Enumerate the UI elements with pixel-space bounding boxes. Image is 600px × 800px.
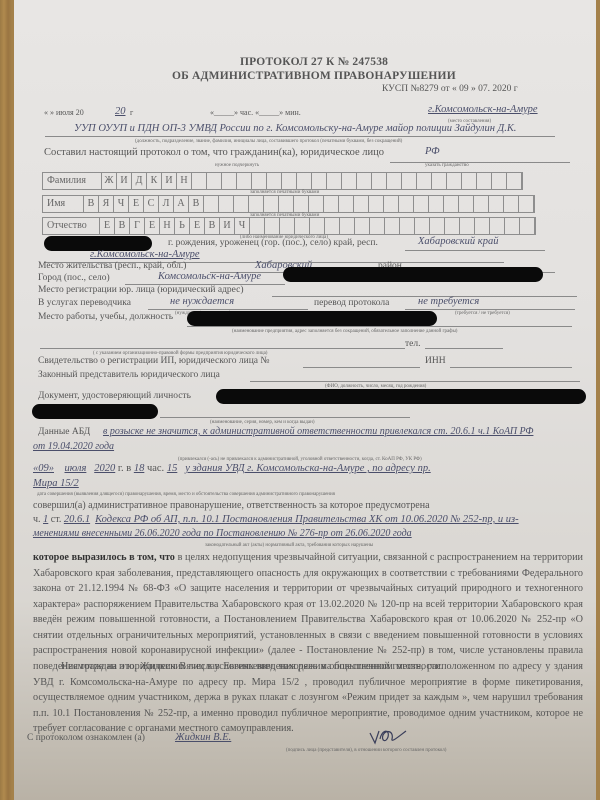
- letter-cell: [414, 196, 429, 212]
- acknowledgement-value: Жидкин В.Е.: [175, 732, 231, 743]
- translator-label: В услугах переводчика: [38, 298, 131, 308]
- work-label: Место работы, учебы, должность: [38, 312, 173, 322]
- birth-city: г.Комсомольск-на-Амуре: [90, 249, 200, 260]
- liability-caption: законодательный акт (акты) нормативный а…: [205, 543, 373, 548]
- letter-cell: [474, 196, 489, 212]
- residence-city: Комсомольск-на-Амуре: [158, 271, 261, 282]
- document-label: Документ, удостоверяющий личность: [38, 391, 191, 401]
- liability-articles: ч. 1 ст. 20.6.1 Кодекса РФ об АП, п.п. 1…: [33, 514, 519, 525]
- letter-cell: В: [189, 196, 204, 212]
- narrative-paragraph-2: Несмотря на это, Жидкин Вячеслав Евгенье…: [33, 659, 583, 737]
- letter-cell: [252, 173, 267, 189]
- letter-cell: С: [144, 196, 159, 212]
- date-prefix: « » июля 20: [44, 108, 84, 117]
- letter-cell: [249, 196, 264, 212]
- letter-cell: Е: [145, 218, 160, 234]
- letter-cell: [429, 196, 444, 212]
- composed-caption-left: нужное подчеркнуть: [215, 163, 259, 168]
- offense-place-2: Мира 15/2: [33, 478, 79, 489]
- letter-cell: Ч: [235, 218, 250, 234]
- liability-text: совершил(а) административное правонаруше…: [33, 500, 430, 511]
- letter-cell: Г: [130, 218, 145, 234]
- redacted-document-2: [32, 404, 158, 419]
- abd-label: Данные АБД: [38, 427, 90, 437]
- letter-cell: [222, 173, 237, 189]
- document-caption: (наименование, серия, номер, кем и когда…: [210, 420, 315, 425]
- letter-cell: [310, 218, 325, 234]
- letter-cell: И: [117, 173, 132, 189]
- work-caption: (наименование предприятия, адрес заполня…: [232, 329, 457, 334]
- letter-cell: [234, 196, 249, 212]
- liability-code: Кодекса РФ об АП, п.п. 10.1 Постановлени…: [95, 514, 519, 525]
- letter-cell: [459, 196, 474, 212]
- year-value: 20: [115, 106, 126, 117]
- translation-caption: (требуется / не требуется): [455, 311, 510, 316]
- redacted-workplace: [187, 311, 437, 326]
- letter-cell: [324, 196, 339, 212]
- letter-cell: [475, 218, 490, 234]
- letter-cell: [520, 218, 535, 234]
- patronymic-grid: Отчество ЕВГЕНЬЕВИЧ: [42, 217, 536, 235]
- time-field: «_____» час. «_____» мин.: [210, 108, 301, 117]
- letter-cell: [339, 196, 354, 212]
- letter-cell: [207, 173, 222, 189]
- surname-label: Фамилия: [43, 173, 102, 189]
- officer-caption: (должность, подразделение, звание, фамил…: [135, 139, 402, 144]
- letter-cell: [370, 218, 385, 234]
- letter-cell: [492, 173, 507, 189]
- liability-part: 1: [43, 514, 48, 525]
- letter-cell: [387, 173, 402, 189]
- city-label: Город (пос., село): [38, 273, 110, 283]
- officer-value: УУП ОУУП и ПДН ОП-3 УМВД России по г. Ко…: [74, 123, 516, 134]
- letter-cell: [447, 173, 462, 189]
- offense-hour: 18: [134, 463, 145, 474]
- letter-cell: В: [84, 196, 99, 212]
- protocol-subtitle: ОБ АДМИНИСТРАТИВНОМ ПРАВОНАРУШЕНИИ: [172, 70, 456, 82]
- letter-cell: И: [162, 173, 177, 189]
- translation-label: перевод протокола: [314, 298, 389, 308]
- letter-cell: [267, 173, 282, 189]
- representative-label: Законный представитель юридического лица: [38, 370, 220, 380]
- letter-cell: [384, 196, 399, 212]
- patronymic-label: Отчество: [43, 218, 100, 234]
- birth-region: Хабаровский край: [418, 236, 498, 247]
- letter-cell: Л: [159, 196, 174, 212]
- letter-cell: [325, 218, 340, 234]
- protocol-title: ПРОТОКОЛ 27 К № 247538: [240, 56, 388, 68]
- narrative-text-1: в целях недопущения чрезвычайной ситуаци…: [33, 552, 583, 672]
- offense-caption: дата совершения (выявления длящегося) пр…: [37, 492, 335, 497]
- offense-year: 2020: [94, 463, 115, 474]
- letter-cell: [432, 173, 447, 189]
- letter-cell: [357, 173, 372, 189]
- letter-cell: Е: [190, 218, 205, 234]
- letter-cell: [280, 218, 295, 234]
- offense-datetime: «09» июля 2020 г. в 18 час. 15 у здания …: [33, 463, 431, 474]
- letter-cell: [282, 173, 297, 189]
- letter-cell: [489, 196, 504, 212]
- letter-cell: Ь: [175, 218, 190, 234]
- acknowledgement-label: С протоколом ознакомлен (а): [27, 733, 145, 743]
- registration-label: Свидетельство о регистрации ИП, юридичес…: [38, 356, 269, 366]
- letter-cell: [369, 196, 384, 212]
- letter-cell: [354, 196, 369, 212]
- offense-minute: 15: [167, 463, 178, 474]
- birth-label: г. рождения, уроженец (гор. (пос.), село…: [168, 238, 378, 248]
- letter-cell: [279, 196, 294, 212]
- place-of-compilation: г.Комсомольск-на-Амуре: [428, 104, 538, 115]
- signature-caption: (подпись лица (представителя), в отношен…: [286, 748, 446, 753]
- letter-cell: [204, 196, 219, 212]
- inn-label: ИНН: [425, 356, 446, 366]
- letter-cell: [400, 218, 415, 234]
- letter-cell: [340, 218, 355, 234]
- redacted-address: [283, 267, 543, 282]
- legal-address-label: Место регистрации юр. лица (юридический …: [38, 285, 244, 295]
- letter-cell: [462, 173, 477, 189]
- offense-month: июля: [65, 463, 87, 474]
- letter-cell: [490, 218, 505, 234]
- narrative-paragraph-1: которое выразилось в том, что в целях не…: [33, 550, 583, 674]
- letter-cell: [415, 218, 430, 234]
- letter-cell: [385, 218, 400, 234]
- letter-cell: [355, 218, 370, 234]
- offense-place: у здания УВД г. Комсомольска-на-Амуре , …: [185, 463, 431, 474]
- letter-cell: [297, 173, 312, 189]
- name-grid: Имя ВЯЧЕСЛАВ: [42, 195, 535, 213]
- translation-value: не требуется: [418, 296, 479, 307]
- name-label: Имя: [43, 196, 84, 212]
- abd-value: в розыске не значится, к административно…: [103, 426, 533, 437]
- letter-cell: [430, 218, 445, 234]
- letter-cell: А: [174, 196, 189, 212]
- year-end: г: [130, 108, 133, 117]
- letter-cell: [295, 218, 310, 234]
- letter-cell: [445, 218, 460, 234]
- letter-cell: В: [205, 218, 220, 234]
- letter-cell: [237, 173, 252, 189]
- letter-cell: Н: [177, 173, 192, 189]
- composed-caption-right: указать гражданство: [425, 163, 469, 168]
- letter-cell: [417, 173, 432, 189]
- letter-cell: И: [220, 218, 235, 234]
- residence-label: Место жительства (респ., край, обл.): [38, 261, 186, 271]
- narrative-lead: которое выразилось в том, что: [33, 552, 175, 563]
- letter-cell: Е: [129, 196, 144, 212]
- letter-cell: [265, 218, 280, 234]
- abd-caption: (привлекался (-ась) не привлекался к адм…: [178, 457, 422, 462]
- letter-cell: [399, 196, 414, 212]
- letter-cell: [444, 196, 459, 212]
- letter-cell: [312, 173, 327, 189]
- redacted-document: [216, 389, 586, 404]
- surname-grid: Фамилия ЖИДКИН: [42, 172, 523, 190]
- letter-cell: [507, 173, 522, 189]
- letter-cell: [477, 173, 492, 189]
- letter-cell: Ч: [114, 196, 129, 212]
- letter-cell: [504, 196, 519, 212]
- composed-text: Составил настоящий протокол о том, что г…: [44, 147, 384, 158]
- liability-article: 20.6.1: [64, 514, 90, 525]
- letter-cell: Н: [160, 218, 175, 234]
- letter-cell: [342, 173, 357, 189]
- letter-cell: [309, 196, 324, 212]
- letter-cell: [372, 173, 387, 189]
- letter-cell: [327, 173, 342, 189]
- letter-cell: [460, 218, 475, 234]
- letter-cell: В: [115, 218, 130, 234]
- letter-cell: [219, 196, 234, 212]
- citizenship-value: РФ: [425, 146, 440, 157]
- letter-cell: [264, 196, 279, 212]
- letter-cell: [519, 196, 534, 212]
- letter-cell: [250, 218, 265, 234]
- abd-value-2: от 19.04.2020 года: [33, 441, 114, 452]
- liability-code-2: менениями внесенными 26.06.2020 года по …: [33, 528, 412, 539]
- translator-value: не нуждается: [170, 296, 234, 307]
- letter-cell: Я: [99, 196, 114, 212]
- letter-cell: Д: [132, 173, 147, 189]
- phone-label: тел.: [405, 339, 420, 349]
- letter-cell: [505, 218, 520, 234]
- letter-cell: Ж: [102, 173, 117, 189]
- letter-cell: [402, 173, 417, 189]
- letter-cell: [192, 173, 207, 189]
- offense-day: «09»: [33, 463, 54, 474]
- signature-icon: [368, 725, 408, 747]
- letter-cell: К: [147, 173, 162, 189]
- letter-cell: [294, 196, 309, 212]
- kusp-number: КУСП №8279 от « 09 » 07. 2020 г: [382, 84, 518, 94]
- letter-cell: Е: [100, 218, 115, 234]
